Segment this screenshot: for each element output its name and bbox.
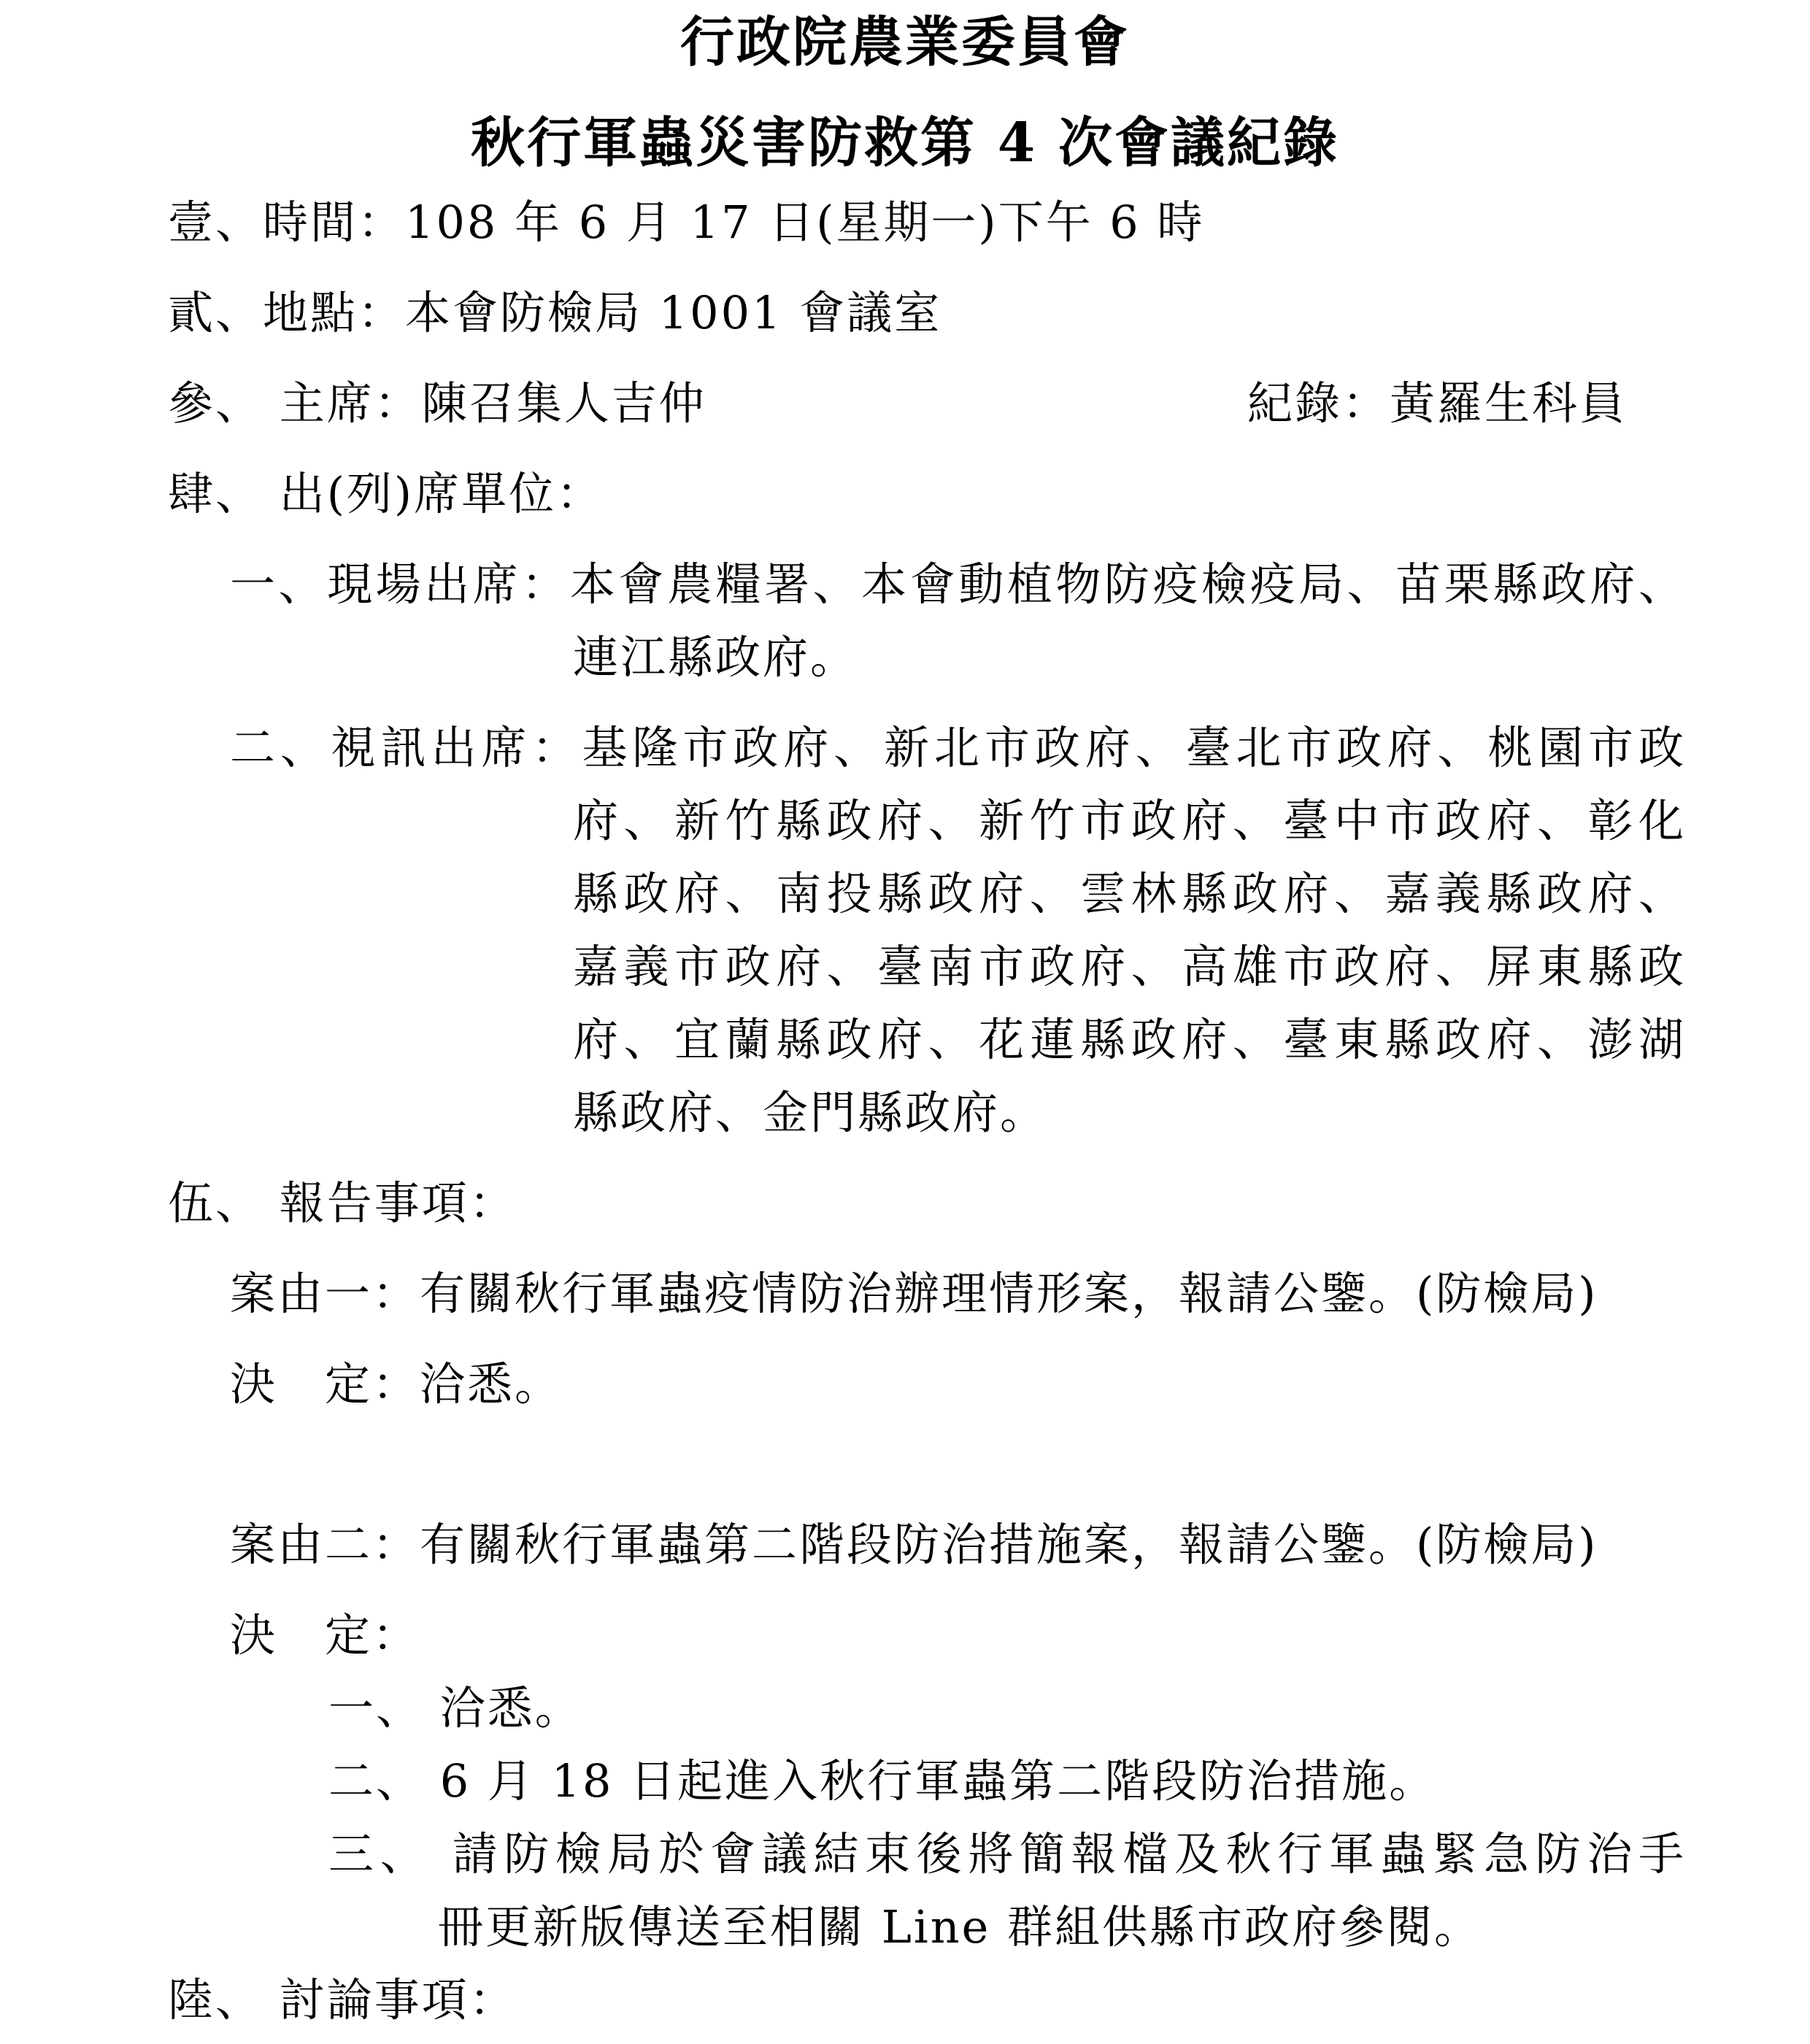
video-attendees-line-4: 嘉義市政府、臺南市政府、高雄市政府、屏東縣政 <box>573 930 1686 1003</box>
report2-decision-block: 決 定： 一、 洽悉。 二、 6 月 18 日起進入秋行軍蟲第二階段防治措施。 … <box>0 1599 1810 1964</box>
video-attendees-line-6: 縣政府、金門縣政府。 <box>573 1076 1810 1149</box>
meeting-time: 壹、時間：108 年 6 月 17 日(星期一)下午 6 時 <box>168 186 1810 259</box>
report2-decision-item-1: 一、 洽悉。 <box>328 1672 1810 1745</box>
video-attendees-line-1: 二、視訊出席：基隆市政府、新北市政府、臺北市政府、桃園市政 <box>230 711 1686 784</box>
video-attendees-paragraph: 二、視訊出席：基隆市政府、新北市政府、臺北市政府、桃園市政 府、新竹縣政府、新竹… <box>0 711 1810 1149</box>
report2-decision-item-2: 二、 6 月 18 日起進入秋行軍蟲第二階段防治措施。 <box>328 1745 1810 1818</box>
onsite-attendees-paragraph: 一、現場出席：本會農糧署、本會動植物防疫檢疫局、苗栗縣政府、 連江縣政府。 <box>0 548 1810 694</box>
report2-decision-item-3-line-2: 冊更新版傳送至相關 Line 群組供縣市政府參閱。 <box>438 1891 1810 1964</box>
discussion-heading: 陸、 討論事項： <box>168 1964 1810 2037</box>
onsite-attendees-line-2: 連江縣政府。 <box>573 621 1810 694</box>
page-title: 行政院農業委員會 <box>0 6 1810 79</box>
document-page: 行政院農業委員會 秋行軍蟲災害防救第 4 次會議紀錄 壹、時間：108 年 6 … <box>0 0 1810 2044</box>
attendees-heading: 肆、 出(列)席單位： <box>168 458 1810 531</box>
meeting-chair: 參、 主席：陳召集人吉仲 <box>168 377 706 430</box>
report2-decision-item-3-line-1: 三、 請防檢局於會議結束後將簡報檔及秋行軍蟲緊急防治手 <box>328 1818 1686 1891</box>
meeting-recorder: 紀錄：黃羅生科員 <box>1247 367 1627 440</box>
report2-decision-label: 決 定： <box>230 1599 1810 1672</box>
report2-subject: 案由二：有關秋行軍蟲第二階段防治措施案，報請公鑒。(防檢局) <box>230 1508 1810 1581</box>
chair-row: 參、 主席：陳召集人吉仲 紀錄：黃羅生科員 <box>168 367 1810 440</box>
onsite-attendees-line-1: 一、現場出席：本會農糧署、本會動植物防疫檢疫局、苗栗縣政府、 <box>230 548 1686 621</box>
reports-heading: 伍、 報告事項： <box>168 1167 1810 1240</box>
video-attendees-line-2: 府、新竹縣政府、新竹市政府、臺中市政府、彰化 <box>573 784 1686 857</box>
page-subtitle: 秋行軍蟲災害防救第 4 次會議紀錄 <box>0 107 1810 180</box>
video-attendees-line-3: 縣政府、南投縣政府、雲林縣政府、嘉義縣政府、 <box>573 857 1686 930</box>
report1-decision: 決 定：洽悉。 <box>230 1348 1810 1421</box>
video-attendees-line-5: 府、宜蘭縣政府、花蓮縣政府、臺東縣政府、澎湖 <box>573 1003 1686 1076</box>
meeting-location: 貳、地點：本會防檢局 1001 會議室 <box>168 277 1810 350</box>
report1-subject: 案由一：有關秋行軍蟲疫情防治辦理情形案，報請公鑒。(防檢局) <box>230 1257 1810 1330</box>
